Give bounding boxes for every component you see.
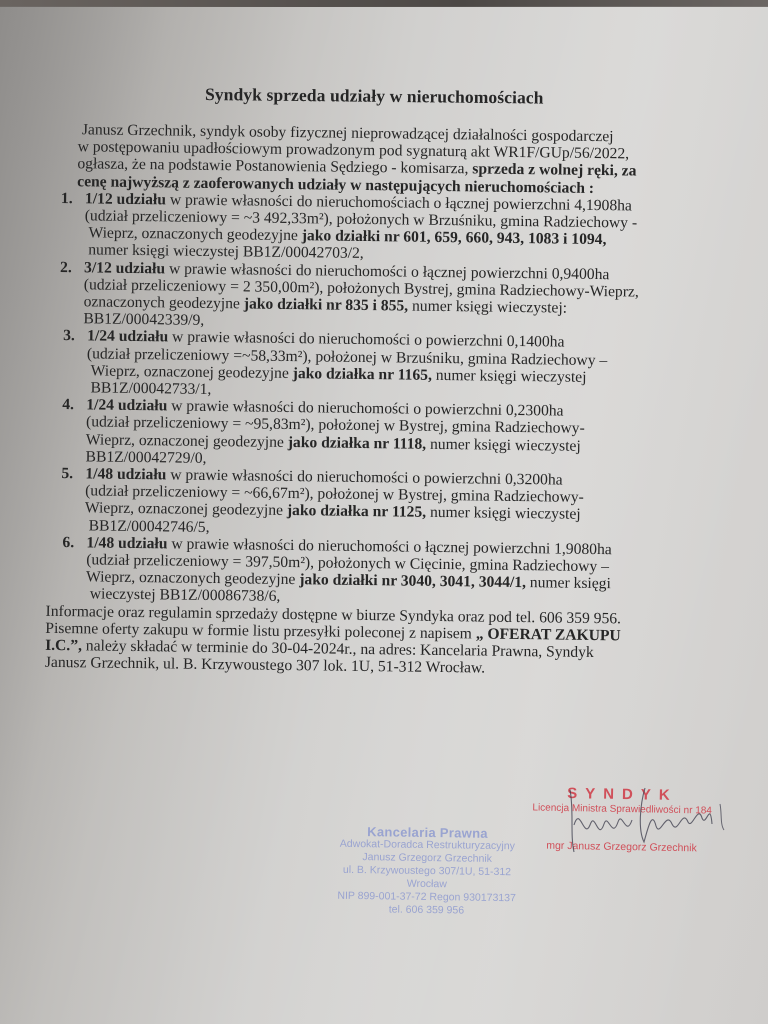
item-number: 4. <box>62 396 74 413</box>
plot-numbers: jako działka nr 1165, <box>293 365 432 384</box>
closing-paragraph: Informacje oraz regulamin sprzedaży dost… <box>45 603 716 681</box>
plot-numbers: jako działka nr 1118, <box>288 434 427 453</box>
list-item: 2. 3/12 udziału w prawie własności do ni… <box>59 259 720 336</box>
plot-numbers: jako działki nr 3040, 3041, 3044/1, <box>299 571 526 591</box>
handwritten-signature-icon <box>540 780 740 860</box>
law-office-stamp: Kancelaria Prawna Adwokat-Doradca Restru… <box>326 825 527 919</box>
list-item: 6. 1/48 udziału w prawie własności do ni… <box>62 534 717 611</box>
plot-numbers: jako działki nr 835 i 855, <box>244 295 409 314</box>
share-fraction: 1/12 udziału <box>85 190 166 208</box>
share-fraction: 3/12 udziału <box>84 259 165 277</box>
document-title: Syndyk sprzeda udziały w nieruchomościac… <box>205 84 544 109</box>
item-number: 6. <box>62 534 74 551</box>
item-number: 2. <box>60 259 72 276</box>
list-item: 5. 1/48 udziału w prawie własności do ni… <box>61 465 718 542</box>
list-item: 1. 1/12 udziału w prawie własności do ni… <box>60 190 721 267</box>
item-number: 3. <box>63 327 75 344</box>
document-body: Janusz Grzechnik, syndyk osoby fizycznej… <box>55 121 722 680</box>
plot-numbers: jako działka nr 1125, <box>287 502 426 521</box>
intro-paragraph: Janusz Grzechnik, syndyk osoby fizycznej… <box>61 121 722 198</box>
item-number: 1. <box>61 190 73 207</box>
share-fraction: 1/24 udziału <box>86 397 167 415</box>
item-number: 5. <box>61 465 73 482</box>
list-item: 4. 1/24 udziału w prawie własności do ni… <box>61 396 718 473</box>
share-fraction: 1/48 udziału <box>85 465 166 483</box>
share-fraction: 1/48 udziału <box>86 534 167 552</box>
list-item: 3. 1/24 udziału w prawie własności do ni… <box>62 327 719 404</box>
share-fraction: 1/24 udziału <box>87 328 168 346</box>
